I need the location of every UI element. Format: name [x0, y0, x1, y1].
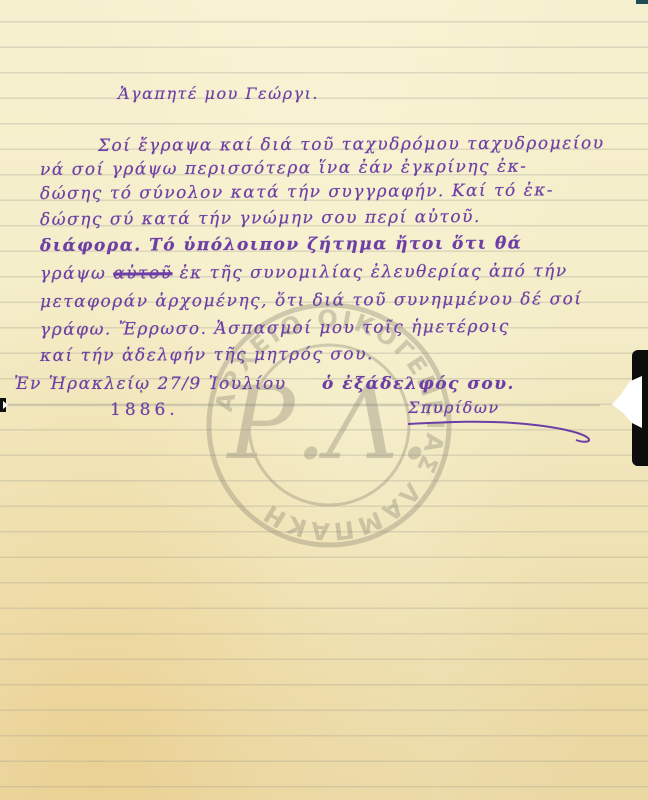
year: 1886. [110, 400, 179, 420]
place-date: Ἐν Ἡρακλείῳ 27/9 Ἰουλίου [14, 374, 287, 394]
body-line-6-start: γράψω [40, 264, 106, 284]
fold-nick [0, 398, 6, 412]
body-line-3: δώσης τό σύνολον κατά τήν συγγραφήν. Καί… [40, 180, 554, 204]
signature-flourish-icon [406, 416, 596, 446]
letter-page: ΑΡΧΕΙΟ ΟΙΚΟΓΕΝΕΙΑΣ ΛΑΜΠΑΚΗ Ρ.Λ. Ἀγαπητέ … [0, 0, 648, 800]
body-line-2: νά σοί γράψω περισσότερα ἵνα ἐάν ἐγκρίνη… [40, 157, 528, 180]
body-line-4: δώσης σύ κατά τήν γνώμην σου περί αὐτοῦ. [40, 207, 481, 230]
scan-edge [636, 0, 648, 4]
closing: ὁ ἐξάδελφός σου. [322, 374, 515, 394]
struck-word: αὐτοῦ [113, 263, 172, 283]
body-line-5: διάφορα. Τό ὑπόλοιπον ζήτημα ἤτοι ὅτι θά [40, 233, 522, 256]
ruled-lines [0, 0, 648, 800]
body-line-1: Σοί ἔγραψα καί διά τοῦ ταχυδρόμου ταχυδρ… [98, 133, 605, 156]
body-line-7: μεταφοράν ἀρχομένης, ὅτι διά τοῦ συνημμέ… [40, 289, 583, 312]
signature: Σπυρίδων [408, 398, 500, 417]
body-line-6: γράψω αὐτοῦ ἐκ τῆς συνομιλίας ἐλευθερίας… [40, 261, 568, 284]
body-line-9: καί τήν ἀδελφήν τῆς μητρός σου. [40, 344, 374, 366]
torn-edge [608, 348, 648, 468]
body-line-6-rest: ἐκ τῆς συνομιλίας ἐλευθερίας ἀπό τήν [179, 261, 567, 283]
body-line-8: γράφω. Ἔρρωσο. Ἀσπασμοί μου τοῖς ἡμετέρο… [40, 317, 510, 340]
fold-line [0, 404, 600, 407]
salutation: Ἀγαπητέ μου Γεώργι. [118, 84, 319, 103]
